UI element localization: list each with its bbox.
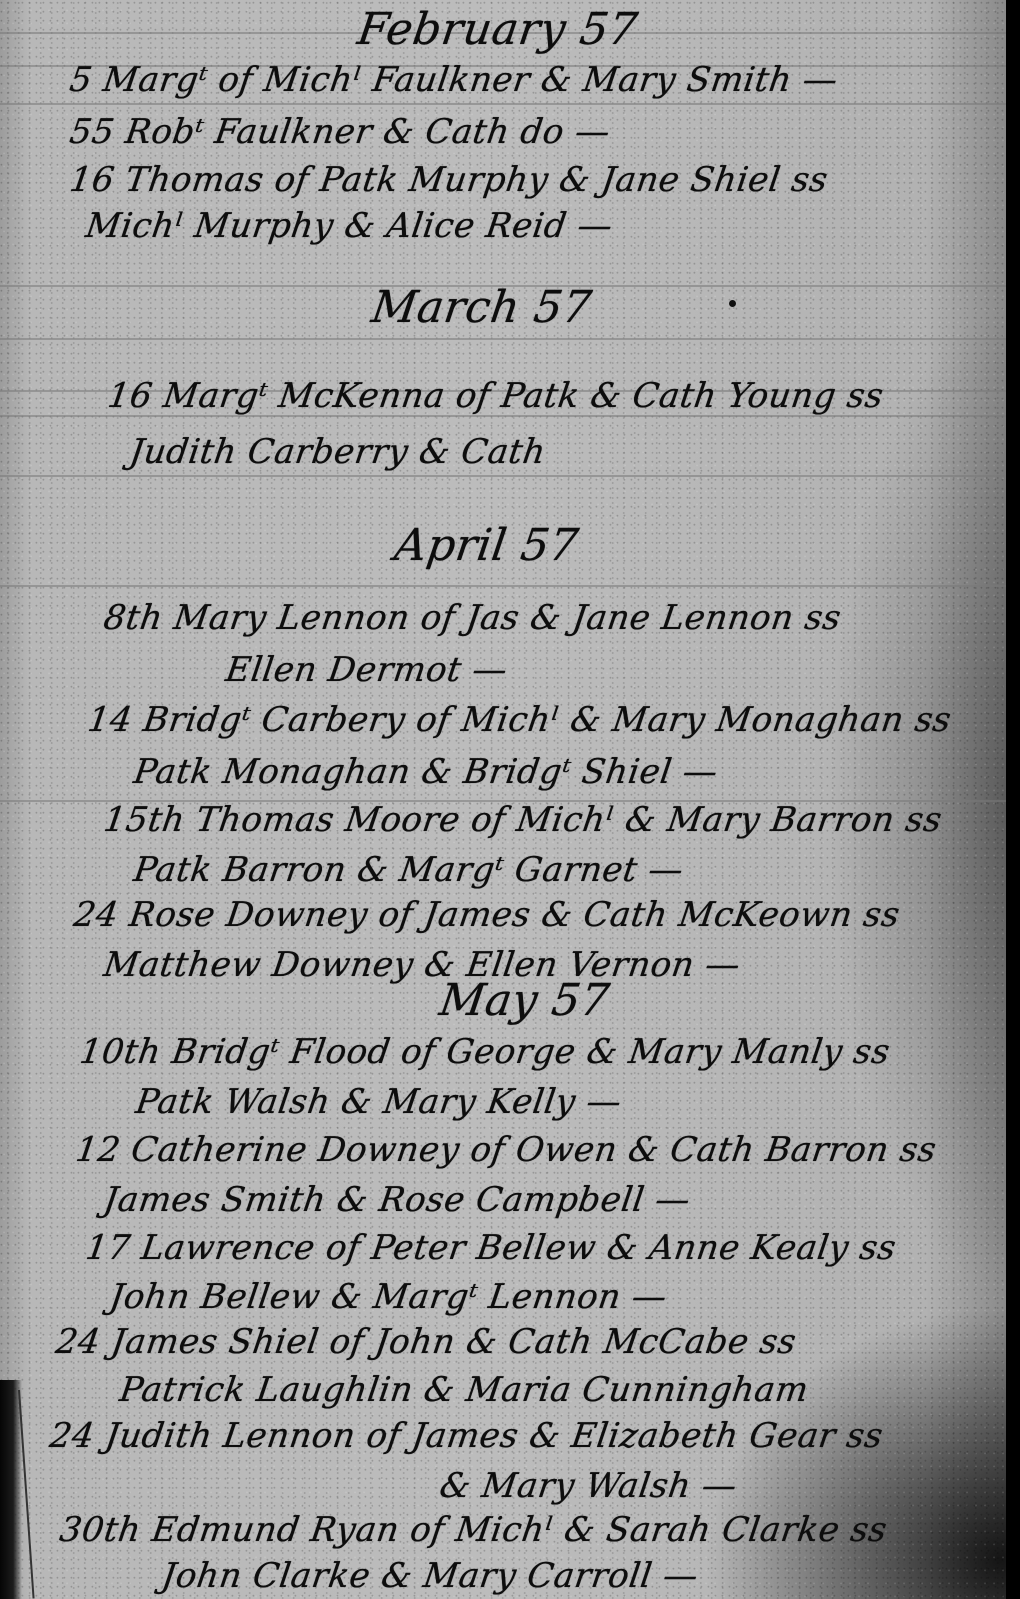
entry-line: 30th Edmund Ryan of Michˡ & Sarah Clarke… xyxy=(57,1510,889,1550)
scan-border xyxy=(1006,0,1020,1599)
entry-line: Ellen Dermot — xyxy=(223,650,510,690)
entry-line: 15th Thomas Moore of Michˡ & Mary Barron… xyxy=(101,800,944,840)
entry-line: 8th Mary Lennon of Jas & Jane Lennon ss xyxy=(101,598,844,638)
entry-line: 24 Judith Lennon of James & Elizabeth Ge… xyxy=(47,1416,885,1456)
month-heading-march: March 57 xyxy=(368,282,594,333)
entry-line: 55 Robᵗ Faulkner & Cath do — xyxy=(67,112,612,152)
entry-line: Judith Carberry & Cath xyxy=(127,432,548,472)
entry-line: James Smith & Rose Campbell — xyxy=(101,1180,693,1220)
entry-line: John Clarke & Mary Carroll — xyxy=(159,1556,701,1596)
entry-line: Matthew Downey & Ellen Vernon — xyxy=(101,945,743,985)
entry-line: Michˡ Murphy & Alice Reid — xyxy=(83,206,615,246)
entry-line: 12 Catherine Downey of Owen & Cath Barro… xyxy=(73,1130,939,1170)
entry-line: John Bellew & Margᵗ Lennon — xyxy=(107,1277,669,1317)
entry-line: Patrick Laughlin & Maria Cunningham xyxy=(117,1370,811,1410)
register-page: February 57 5 Margᵗ of Michˡ Faulkner & … xyxy=(0,0,1006,1599)
entry-line: 24 James Shiel of John & Cath McCabe ss xyxy=(53,1322,799,1362)
ruled-line xyxy=(0,103,1006,105)
ruled-line xyxy=(0,585,1006,587)
ruled-line xyxy=(0,338,1006,340)
entry-line: Patk Barron & Margᵗ Garnet — xyxy=(131,850,686,890)
month-heading-april: April 57 xyxy=(391,520,581,571)
entry-line: 17 Lawrence of Peter Bellew & Anne Kealy… xyxy=(83,1228,898,1268)
entry-line: Patk Walsh & Mary Kelly — xyxy=(133,1082,624,1122)
entry-line: 5 Margᵗ of Michˡ Faulkner & Mary Smith — xyxy=(67,60,840,100)
ink-spot xyxy=(729,300,736,307)
entry-line: 10th Bridgᵗ Flood of George & Mary Manly… xyxy=(77,1032,892,1072)
entry-line: 14 Bridgᵗ Carbery of Michˡ & Mary Monagh… xyxy=(85,700,954,740)
entry-line: 24 Rose Downey of James & Cath McKeown s… xyxy=(71,895,902,935)
entry-line: Patk Monaghan & Bridgᵗ Shiel — xyxy=(131,752,720,792)
month-heading-february: February 57 xyxy=(354,4,640,55)
ruled-line xyxy=(0,475,1006,477)
entry-line: & Mary Walsh — xyxy=(437,1466,739,1506)
entry-line: 16 Margᵗ McKenna of Patk & Cath Young ss xyxy=(105,376,886,416)
month-heading-may: May 57 xyxy=(436,975,612,1026)
entry-line: 16 Thomas of Patk Murphy & Jane Shiel ss xyxy=(67,160,830,200)
